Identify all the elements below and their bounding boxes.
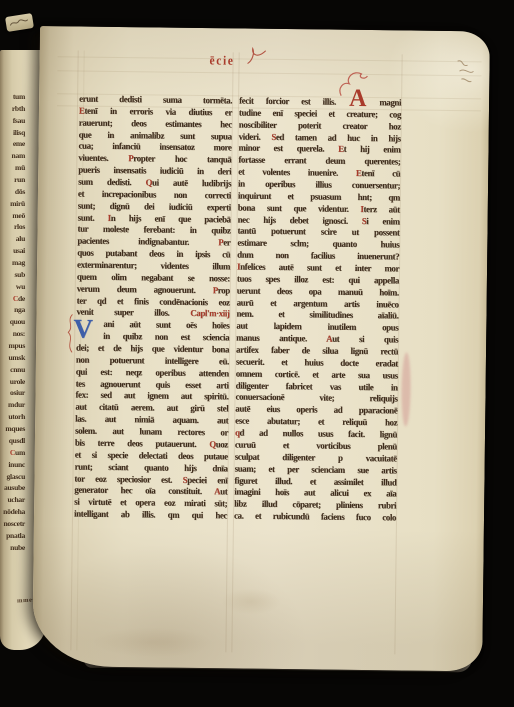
text-segment: bona sunt que videntur. xyxy=(238,202,361,214)
text-segment: eme xyxy=(13,139,25,148)
text-segment: nam xyxy=(12,151,25,160)
text-line: mū xyxy=(0,162,34,174)
text-segment: sub xyxy=(14,270,25,279)
text-segment: uoz xyxy=(216,439,228,450)
text-segment: autē eius operis ad pparacionē xyxy=(235,404,397,416)
text-line: noscetr xyxy=(0,518,34,530)
text-segment: i enim xyxy=(366,215,399,226)
text-segment: dei; et de hijs que videntur bona xyxy=(76,342,229,354)
text-segment: de xyxy=(18,294,25,303)
text-segment: uchar xyxy=(8,495,26,504)
text-line: usai xyxy=(0,245,34,257)
text-line: umsk xyxy=(0,352,34,364)
text-line: Cum xyxy=(0,447,34,459)
text-line: qusdl xyxy=(0,435,34,447)
text-segment: dōs xyxy=(15,187,25,196)
text-segment: nga xyxy=(14,305,25,314)
text-segment: generator hec oīa constituit. xyxy=(74,485,214,497)
text-segment: tudine enī speciei et creature; cog xyxy=(239,107,401,119)
text-segment: venit super illos. xyxy=(76,307,190,319)
text-segment: dnm non facilius inuenerunt? xyxy=(237,249,399,261)
text-column-left: erunt dedisti suma tormēta.Etenī in erro… xyxy=(74,93,232,522)
text-line: uchar xyxy=(0,494,34,506)
text-segment: tantū potuerunt scire ut possent xyxy=(237,226,399,238)
text-segment: ilisq xyxy=(13,128,25,137)
text-segment: sculpat diligenter p vacuitatē xyxy=(235,451,397,463)
parchment-tab xyxy=(5,13,34,32)
stain xyxy=(92,627,212,658)
text-segment: tum xyxy=(13,92,25,101)
text-line: glascu xyxy=(0,471,34,483)
text-segment: fecit forcior est illis. xyxy=(239,95,348,107)
ruling-line xyxy=(57,70,481,76)
text-segment: manus antique. xyxy=(236,332,326,343)
text-segment: d ad nullos usus facit. lignū xyxy=(240,427,398,439)
text-segment: nec hijs debet ignosci. xyxy=(238,214,362,226)
text-segment: noscibiliter poterit creator hoz xyxy=(239,119,401,131)
text-segment: omnem corticē. et arte sua usus xyxy=(236,368,398,380)
text-segment: quos putabant deos in ipsis cū xyxy=(77,247,230,259)
text-segment: sunt; dignū dei iudiciū experti xyxy=(78,200,231,212)
text-segment: er xyxy=(223,237,230,247)
text-segment: cua; infanciū insensatoz more xyxy=(78,141,231,153)
text-segment: et volentes inuenire. xyxy=(238,166,356,178)
text-line: mpus xyxy=(0,340,34,352)
text-segment: estimare sclm; quanto huius xyxy=(237,238,399,250)
tab-scribble-icon xyxy=(8,17,29,29)
text-segment: rlos xyxy=(14,222,25,231)
text-segment: libz illud cōparet; pliniens rubri xyxy=(234,498,396,510)
text-line: meō xyxy=(0,210,34,222)
text-segment: nem. et similitudines aīaliū. xyxy=(236,309,398,321)
text-segment: fortasse errant deum querentes; xyxy=(238,154,400,166)
text-segment: erunt dedisti suma tormēta. xyxy=(79,93,232,105)
text-line: nube xyxy=(0,542,34,554)
text-segment: nōdeha xyxy=(3,507,25,516)
text-segment: tuos spes illoz est: qui appella xyxy=(237,273,399,285)
manuscript-page: ēcie erunt dedisti suma tormēta.Etenī in… xyxy=(32,26,490,671)
text-column-right: fecit forcior est illis. A magnitudine e… xyxy=(234,95,401,524)
text-segment: aut citatū aerem. aut girū stel xyxy=(75,402,228,414)
text-segment: nfelices autē sunt et inter mor xyxy=(240,261,399,273)
text-segment: minor est querela. xyxy=(238,143,338,155)
text-segment: conuersacionē vite; reliquijs xyxy=(235,392,397,404)
text-segment: mū xyxy=(15,163,25,172)
text-line: nga xyxy=(0,304,34,316)
text-segment: ca. et rubicundū faciens fuco colo xyxy=(234,510,396,522)
running-title-flourish-icon xyxy=(246,47,268,67)
text-line: urole xyxy=(0,376,34,388)
text-segment: ui autē ludibrijs xyxy=(152,177,231,188)
text-segment: rop xyxy=(218,285,230,296)
text-segment: pacientes indignabantur. xyxy=(77,236,218,248)
text-segment: non potuerunt intelligere eū. xyxy=(76,354,229,366)
text-line: mdur xyxy=(0,399,34,411)
text-line: nos: xyxy=(0,328,34,340)
text-segment: ropter hoc tanquā xyxy=(133,153,231,165)
text-segment: t hij enim xyxy=(344,144,401,155)
text-segment: intelligant ab illis. qm qui hec xyxy=(74,508,227,520)
text-segment: quem olim negabant se nosse: xyxy=(77,271,230,283)
text-line: Cde xyxy=(0,293,34,305)
text-segment: cnnu xyxy=(10,365,25,374)
text-segment: uerunt deos opa manuū hoīm. xyxy=(237,285,399,297)
text-line: ca. et rubicundū faciens fuco colo xyxy=(234,510,396,524)
text-line: utorh xyxy=(0,411,34,423)
text-line: eme xyxy=(0,138,34,150)
running-title: ēcie xyxy=(210,54,235,68)
text-segment: fex: sed aut ignem aut spiritū. xyxy=(75,390,228,402)
text-segment: glascu xyxy=(7,472,25,481)
text-segment: verum deum agnouerunt. xyxy=(77,283,213,295)
text-segment: ter qd et finis condēnacionis eoz xyxy=(77,295,230,307)
text-line: ausube xyxy=(0,482,34,494)
text-segment: peciei enī xyxy=(187,474,227,485)
text-segment: exterminarentur; videntes illum xyxy=(77,259,230,271)
facing-page-text-fragments: tumrbthfsauilisqemenammūrundōsmirūmeōrlo… xyxy=(0,91,34,554)
text-segment: ut xyxy=(220,486,227,496)
text-segment: artifex faber de silua lignū rectū xyxy=(236,344,398,356)
text-segment: solem. aut lunam rectores or xyxy=(75,425,228,437)
text-line: nam xyxy=(0,150,34,162)
text-segment: rbth xyxy=(12,104,25,113)
text-segment: viuentes. xyxy=(78,153,128,164)
text-segment: que in animalibz sunt supua xyxy=(79,129,232,141)
text-segment: qui est: neqz operibus attenden xyxy=(76,366,229,378)
text-segment: mag xyxy=(12,258,25,267)
text-segment: osiur xyxy=(10,388,25,397)
text-segment: mpus xyxy=(8,341,25,350)
text-line: quou xyxy=(0,316,34,328)
text-segment: mdur xyxy=(8,400,25,409)
text-segment: in quibz non est sciencia xyxy=(103,331,229,343)
text-line: dōs xyxy=(0,186,34,198)
corner-ink-scribble xyxy=(451,57,477,89)
stain xyxy=(221,588,281,615)
text-segment: rauerunt; deos estimantes hec xyxy=(79,117,232,129)
text-line: inunc xyxy=(0,459,34,471)
text-segment: sunt. xyxy=(78,212,108,223)
text-segment: inquirunt et psuasum hnt; qm xyxy=(238,190,400,202)
text-segment: usai xyxy=(13,246,25,255)
text-segment: ausube xyxy=(4,483,25,492)
text-line: tum xyxy=(0,91,34,103)
ruling-line xyxy=(58,56,482,62)
text-segment: videri. xyxy=(239,131,272,142)
text-segment: meō xyxy=(12,211,25,220)
text-segment: nube xyxy=(10,543,25,552)
text-segment: si virtutē et opera eoz mirati sūt; xyxy=(74,496,227,508)
text-segment: urole xyxy=(10,377,25,386)
text-segment: bis terre deos putauerunt. xyxy=(75,437,209,449)
text-segment: esce abutatur; et reliquū hoz xyxy=(235,415,397,427)
text-line: osiur xyxy=(0,387,34,399)
text-segment: pueris insensatis iudiciū in deri xyxy=(78,164,231,176)
text-segment: runt; sciant quanto hijs dnīa xyxy=(75,461,228,473)
text-line: fsau xyxy=(0,115,34,127)
text-segment: tor eoz speciosior est. xyxy=(74,473,182,485)
text-segment: imagini hoīs aut alicui ex aīa xyxy=(234,487,396,499)
pigment-smudge xyxy=(401,352,411,426)
text-segment: utorh xyxy=(8,412,25,421)
text-line: ilisq xyxy=(0,127,34,139)
text-segment: magni xyxy=(367,97,401,108)
text-segment: figuret illud. et assimilet illud xyxy=(234,475,396,487)
text-segment: wu xyxy=(16,282,25,291)
text-line: mag xyxy=(0,257,34,269)
text-segment: ut si quis xyxy=(332,334,398,345)
text-segment: alu xyxy=(16,234,25,243)
text-segment: tur moleste ferebant: in quibz xyxy=(77,224,230,236)
text-line: cnnu xyxy=(0,364,34,376)
text-segment: curuū et vorticibus plenū xyxy=(235,439,397,451)
text-segment: suam; et per scienciam sue artis xyxy=(235,463,397,475)
text-line: rbth xyxy=(0,103,34,115)
text-segment: qusdl xyxy=(9,436,25,445)
text-segment: Capl'm·xiij xyxy=(190,308,229,319)
text-segment: n hijs enī que paciebā xyxy=(111,212,231,224)
text-segment: terz aūt xyxy=(363,203,399,214)
text-segment: aurū et argentum artis inuēco xyxy=(237,297,399,309)
text-segment: secuerit. et huius docte eradat xyxy=(236,356,398,368)
text-segment: noscetr xyxy=(3,519,25,528)
text-segment: et si specie delectati deos putaue xyxy=(75,449,228,461)
text-line: wu xyxy=(0,281,34,293)
text-segment: fsau xyxy=(13,116,25,125)
text-segment: pnatla xyxy=(6,531,25,540)
text-line: run xyxy=(0,174,34,186)
text-segment: et increpacionibus non correcti xyxy=(78,188,231,200)
text-segment: ed tamen ad huc in hijs xyxy=(276,131,401,143)
text-line: mirū xyxy=(0,198,34,210)
text-segment: tenī in erroris via diutius er xyxy=(84,105,232,117)
text-segment: las. aut nimiā aquam. aut xyxy=(75,413,228,425)
text-segment: tes agnouerunt quis esset arti xyxy=(76,378,229,390)
text-segment: um xyxy=(15,448,25,457)
text-segment: inunc xyxy=(8,460,25,469)
text-segment: ani aūt sunt oēs hoīes xyxy=(103,319,229,331)
text-line: rlos xyxy=(0,221,34,233)
text-segment: tenī cū xyxy=(361,168,400,179)
text-segment: mques xyxy=(5,424,25,433)
text-segment: diligenter fabricet vas utile in xyxy=(236,380,398,392)
text-segment: mirū xyxy=(10,199,25,208)
text-line: pnatla xyxy=(0,530,34,542)
text-segment: run xyxy=(14,175,25,184)
text-line: alu xyxy=(0,233,34,245)
text-segment: quou xyxy=(10,317,25,326)
text-line: intelligant ab illis. qm qui hec xyxy=(74,508,227,522)
text-segment: in operibus illius conuersentur; xyxy=(238,178,400,190)
text-segment: nos: xyxy=(13,329,25,338)
photo-backdrop: { "photo": { "backdrop_color": "#070605"… xyxy=(0,0,514,707)
initial-v-flourish-icon xyxy=(64,312,77,356)
text-segment: sum dedisti. xyxy=(78,176,146,187)
text-segment: umsk xyxy=(8,353,25,362)
text-line: nōdeha xyxy=(0,506,34,518)
text-line: mques xyxy=(0,423,34,435)
text-line: sub xyxy=(0,269,34,281)
text-segment: aut lapidem inutilem opus xyxy=(236,321,398,333)
